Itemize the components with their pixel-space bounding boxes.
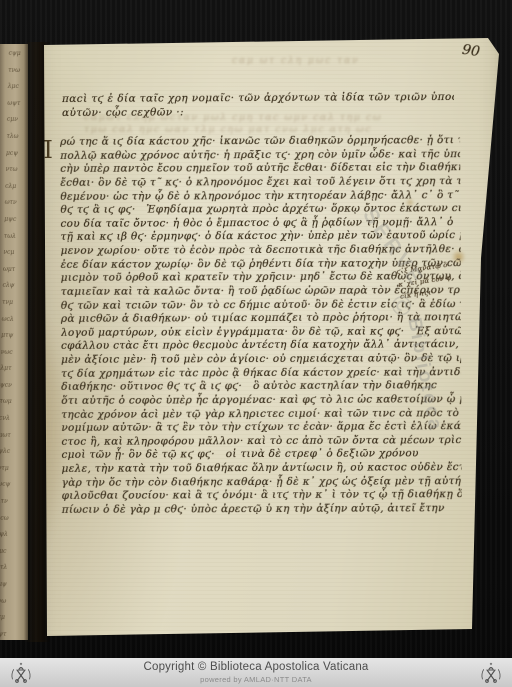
digitized-manuscript-viewer: ϲψμ τνω λμϲ ωψτ ϲμν τλω μϲψ ντω ϲλμ ωτν … bbox=[0, 0, 512, 687]
copyright-bar: Copyright © Biblioteca Apostolica Vatica… bbox=[0, 658, 512, 687]
vatican-emblem-icon bbox=[6, 661, 36, 685]
powered-by-text: powered by AMLAD·NTT DATA bbox=[36, 676, 476, 684]
footer-text-block: Copyright © Biblioteca Apostolica Vatica… bbox=[36, 662, 476, 683]
vatican-emblem-icon bbox=[476, 661, 506, 685]
manuscript-page: ϲαμ ωτ ϲλη μωϲ ταν 90 παϲὶ τϛ ἐ δία ταῖϲ… bbox=[0, 0, 512, 687]
page-vignette bbox=[0, 0, 512, 687]
copyright-text: Copyright © Biblioteca Apostolica Vatica… bbox=[36, 662, 476, 674]
